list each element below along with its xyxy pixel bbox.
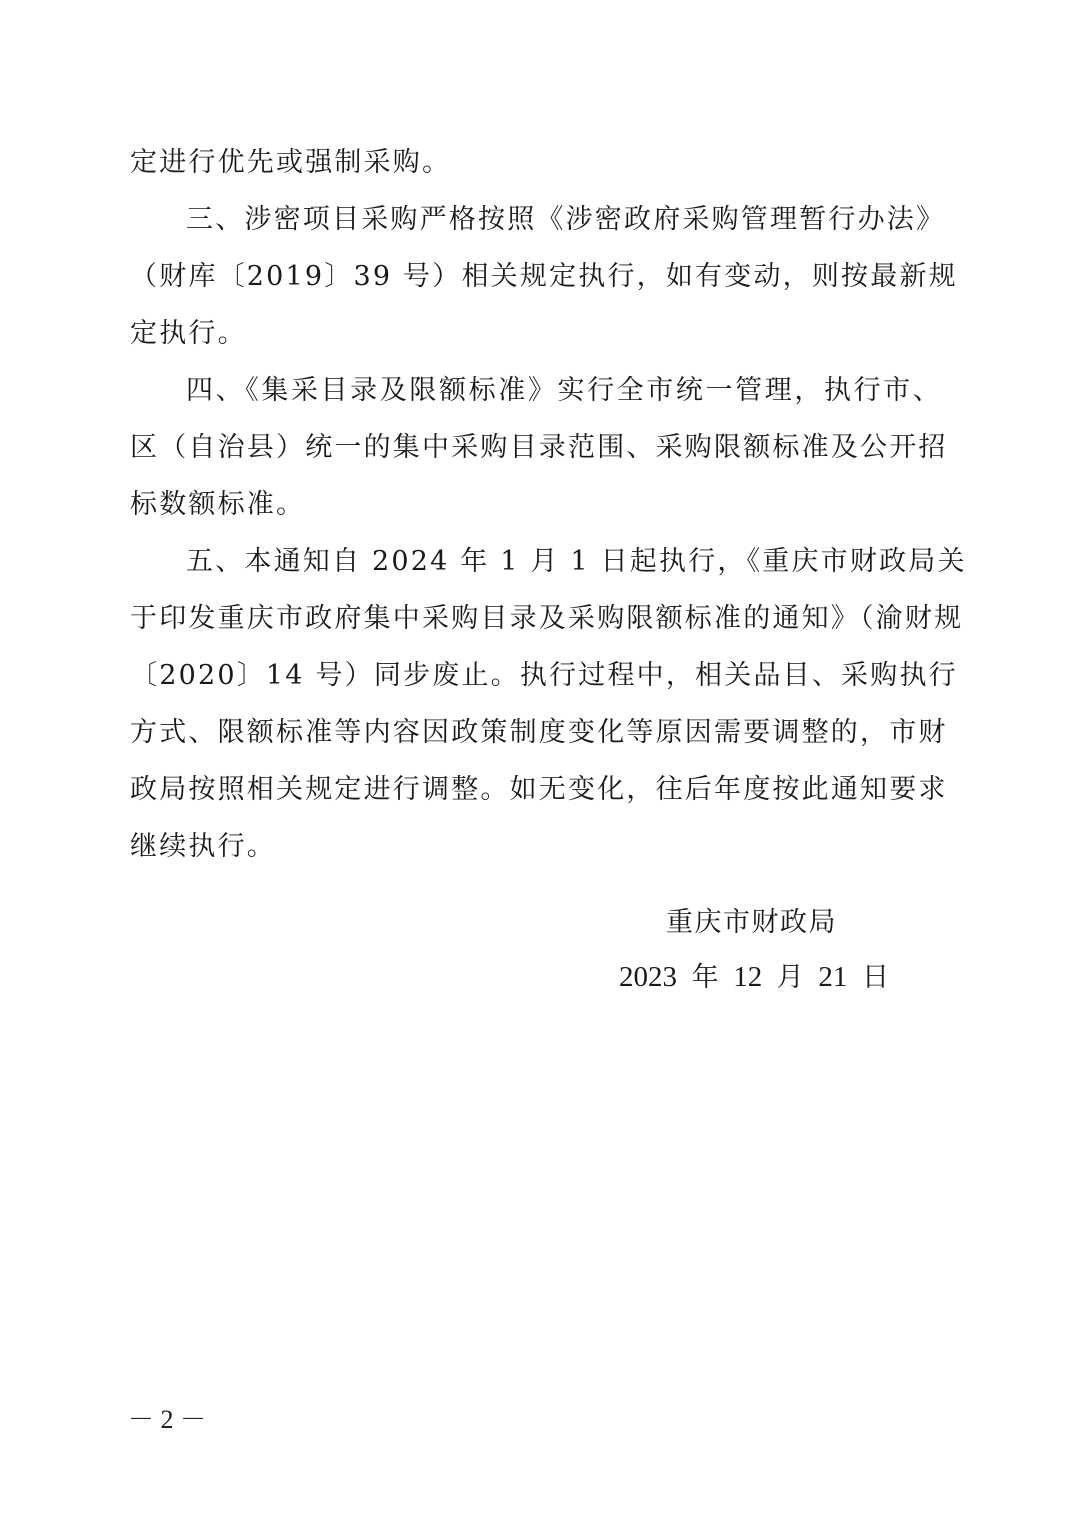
body-text-line: 标数额标准。 (130, 485, 942, 525)
date-month-unit: 月 (777, 962, 804, 993)
date-month: 12 (733, 961, 762, 993)
body-text-line: 定执行。 (130, 314, 942, 354)
issuing-organization: 重庆市财政局 (666, 903, 837, 943)
body-text-line: 四、《集采目录及限额标准》实行全市统一管理，执行市、 (186, 371, 942, 411)
body-text-line: 区（自治县）统一的集中采购目录范围、采购限额标准及公开招 (130, 428, 942, 468)
body-text-line: 三、涉密项目采购严格按照《涉密政府采购管理暂行办法》 (186, 200, 942, 240)
date-year-unit: 年 (692, 962, 719, 993)
page-number: － 2 － (128, 1400, 206, 1440)
body-text-line: （财库〔2019〕39 号）相关规定执行，如有变动，则按最新规 (130, 257, 942, 297)
body-text-line: 方式、限额标准等内容因政策制度变化等原因需要调整的，市财 (130, 713, 942, 753)
body-text-line: 〔2020〕14 号）同步废止。执行过程中，相关品目、采购执行 (130, 656, 942, 696)
body-text-line: 继续执行。 (130, 827, 942, 867)
document-page: 定进行优先或强制采购。三、涉密项目采购严格按照《涉密政府采购管理暂行办法》（财库… (0, 0, 1074, 1520)
issue-date: 2023 年 12 月 21 日 (619, 957, 889, 998)
body-text-line: 定进行优先或强制采购。 (130, 143, 942, 183)
body-text-line: 于印发重庆市政府集中采购目录及采购限额标准的通知》（渝财规 (130, 599, 942, 639)
date-day-unit: 日 (862, 962, 889, 993)
date-year: 2023 (619, 961, 677, 993)
body-text-line: 五、本通知自 2024 年 1 月 1 日起执行，《重庆市财政局关 (186, 542, 942, 582)
date-day: 21 (818, 961, 847, 993)
body-text-line: 政局按照相关规定进行调整。如无变化，往后年度按此通知要求 (130, 770, 942, 810)
